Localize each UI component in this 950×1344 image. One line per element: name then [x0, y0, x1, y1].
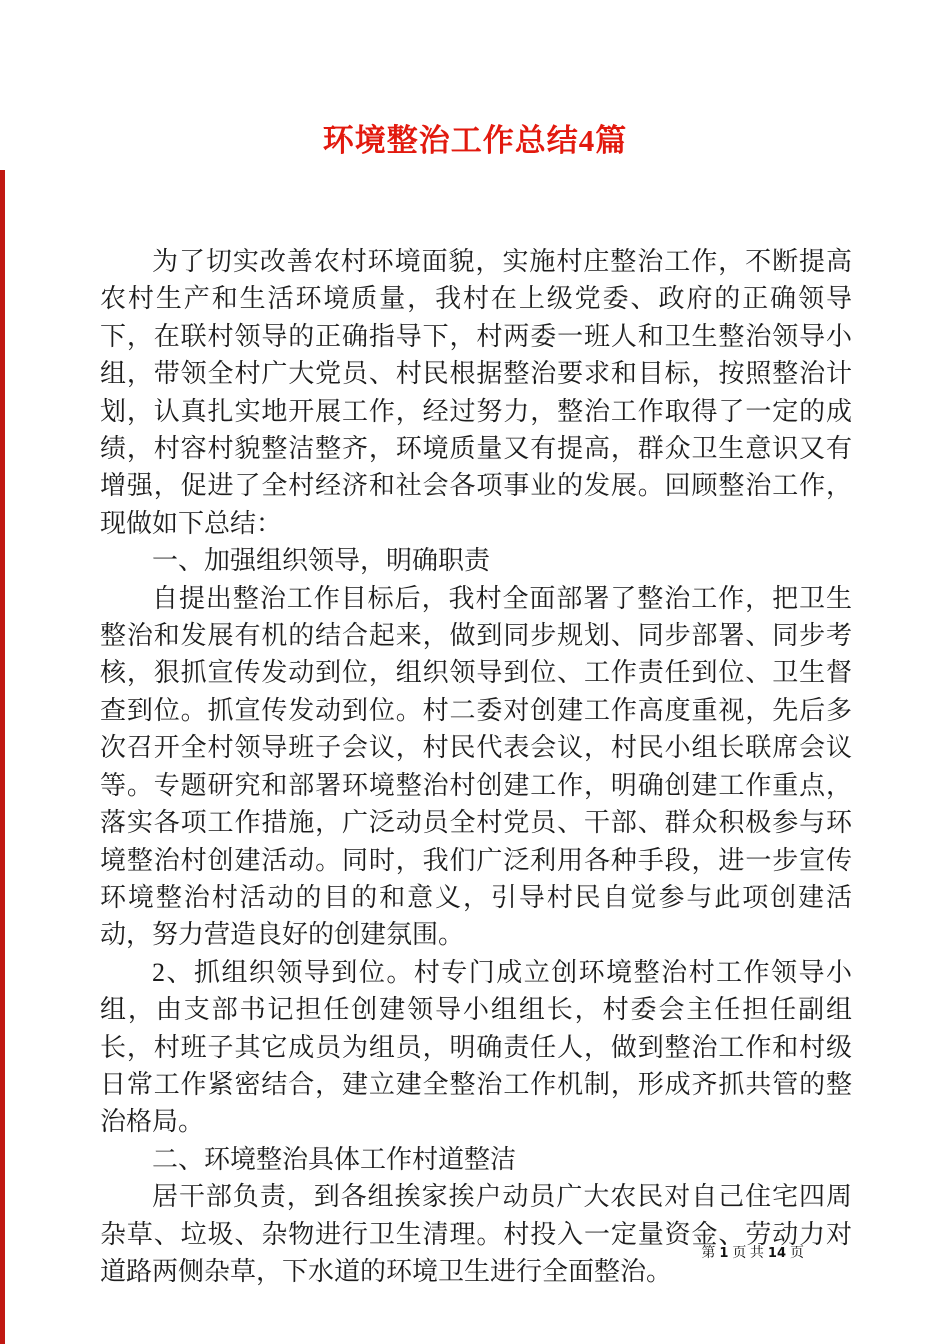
section-heading-2: 二、环境整治具体工作村道整洁 [100, 1141, 852, 1178]
document-body: 为了切实改善农村环境面貌，实施村庄整治工作，不断提高农村生产和生活环境质量，我村… [100, 243, 852, 1290]
paragraph-intro: 为了切实改善农村环境面貌，实施村庄整治工作，不断提高农村生产和生活环境质量，我村… [100, 243, 852, 542]
footer-total-pages: 14 [766, 1246, 788, 1261]
footer-suffix: 页 [788, 1246, 806, 1261]
page-number-footer: 第1页 共14页 [699, 1244, 806, 1264]
footer-separator: 页 共 [730, 1246, 766, 1261]
paragraph-section2-body: 居干部负责，到各组挨家挨户动员广大农民对自己住宅四周杂草、垃圾、杂物进行卫生清理… [100, 1178, 852, 1290]
document-page: 环境整治工作总结4篇 为了切实改善农村环境面貌，实施村庄整治工作，不断提高农村生… [0, 0, 950, 1344]
paragraph-organization-leadership: 2、抓组织领导到位。村专门成立创环境整治村工作领导小组，由支部书记担任创建领导小… [100, 954, 852, 1141]
left-accent-bar [0, 170, 5, 1344]
section-heading-1: 一、加强组织领导，明确职责 [100, 542, 852, 579]
paragraph-section1-body: 自提出整治工作目标后，我村全面部署了整治工作，把卫生整治和发展有机的结合起来，做… [100, 580, 852, 954]
document-title: 环境整治工作总结4篇 [0, 118, 950, 164]
footer-prefix: 第 [699, 1246, 717, 1261]
footer-current-page: 1 [717, 1246, 730, 1261]
